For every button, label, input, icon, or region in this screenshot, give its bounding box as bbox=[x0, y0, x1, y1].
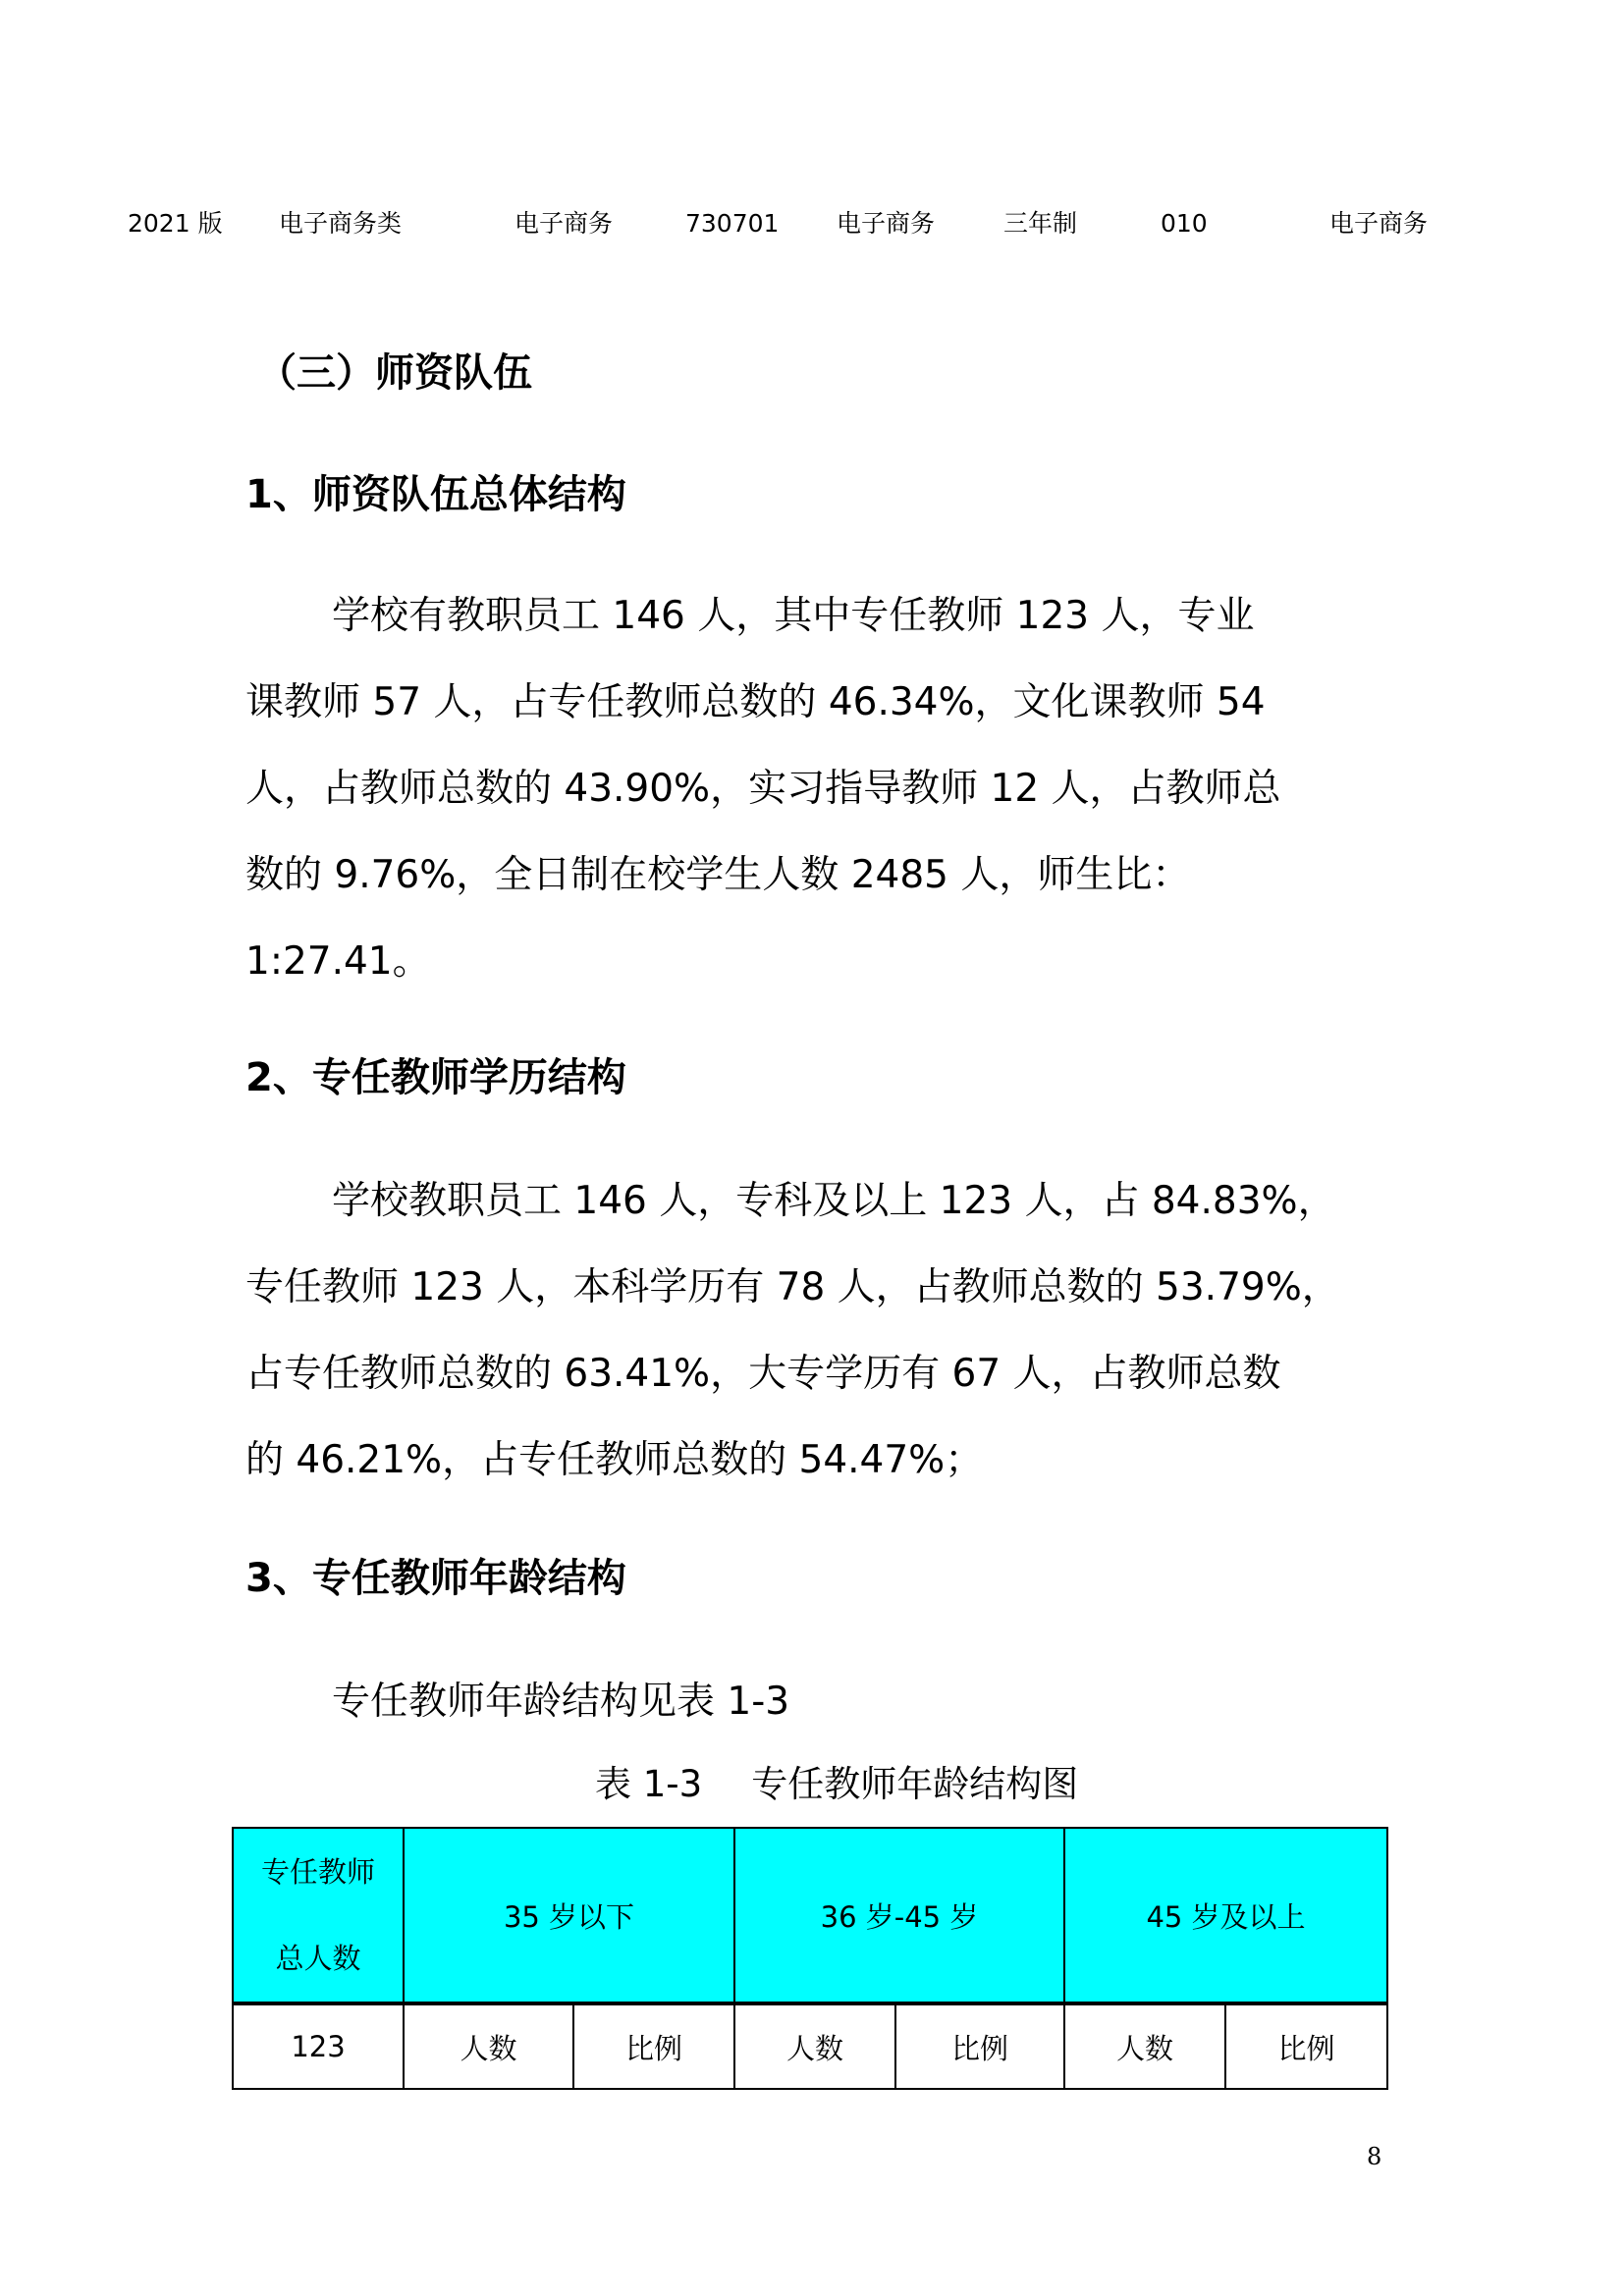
subsection-title-age: 3、专任教师年龄结构 bbox=[245, 1551, 626, 1606]
cell-ratio: 比例 bbox=[895, 2003, 1064, 2089]
header-version: 2021 版 bbox=[128, 206, 223, 241]
header-number: 010 bbox=[1161, 206, 1208, 241]
paragraph-line: 人，占教师总数的 43.90%，实习指导教师 12 人，占教师总 bbox=[245, 746, 1390, 832]
header-total-line2: 总人数 bbox=[234, 1915, 403, 2002]
table-row: 123 人数 比例 人数 比例 人数 比例 bbox=[233, 2003, 1387, 2089]
age-structure-table: 专任教师 总人数 35 岁以下 36 岁-45 岁 45 岁及以上 123 人数… bbox=[232, 1827, 1388, 2090]
header-major: 电子商务 bbox=[514, 206, 613, 241]
paragraph-overall-structure: 学校有教职员工 146 人，其中专任教师 123 人，专业 课教师 57 人，占… bbox=[245, 573, 1390, 1005]
cell-ratio: 比例 bbox=[573, 2003, 734, 2089]
header-total-line1: 专任教师 bbox=[234, 1829, 403, 1915]
header-field: 电子商务 bbox=[1329, 206, 1428, 241]
header-cell-45-plus: 45 岁及以上 bbox=[1064, 1828, 1387, 2003]
document-header-row: 2021 版 电子商务类 电子商务 730701 电子商务 三年制 010 电子… bbox=[0, 206, 1624, 241]
paragraph-line: 1:27.41。 bbox=[245, 919, 1390, 1005]
paragraph-line: 课教师 57 人，占专任教师总数的 46.34%，文化课教师 54 bbox=[245, 660, 1390, 746]
paragraph-age-structure: 专任教师年龄结构见表 1-3 bbox=[245, 1659, 1390, 1745]
paragraph-line: 数的 9.76%，全日制在校学生人数 2485 人，师生比： bbox=[245, 832, 1390, 919]
header-cell-under-35: 35 岁以下 bbox=[404, 1828, 734, 2003]
paragraph-education-structure: 学校教职员工 146 人，专科及以上 123 人，占 84.83%， 专任教师 … bbox=[245, 1158, 1390, 1504]
cell-count: 人数 bbox=[1064, 2003, 1225, 2089]
paragraph-line: 占专任教师总数的 63.41%，大专学历有 67 人，占教师总数 bbox=[245, 1331, 1390, 1417]
header-duration: 三年制 bbox=[1003, 206, 1077, 241]
paragraph-line: 专任教师 123 人，本科学历有 78 人，占教师总数的 53.79%， bbox=[245, 1245, 1390, 1331]
paragraph-line: 学校有教职员工 146 人，其中专任教师 123 人，专业 bbox=[245, 573, 1390, 660]
table-caption-number: 表 1-3 bbox=[595, 1763, 702, 1805]
paragraph-line: 的 46.21%，占专任教师总数的 54.47%； bbox=[245, 1417, 1390, 1504]
subsection-title-education: 2、专任教师学历结构 bbox=[245, 1050, 626, 1105]
header-code: 730701 bbox=[685, 206, 779, 241]
cell-total: 123 bbox=[233, 2003, 404, 2089]
cell-count: 人数 bbox=[404, 2003, 573, 2089]
table-caption: 表 1-3专任教师年龄结构图 bbox=[595, 1759, 1078, 1810]
header-cell-total: 专任教师 总人数 bbox=[233, 1828, 404, 2003]
subsection-title-overall: 1、师资队伍总体结构 bbox=[245, 467, 626, 522]
section-title: （三）师资队伍 bbox=[257, 346, 532, 400]
cell-ratio: 比例 bbox=[1225, 2003, 1387, 2089]
header-cell-36-45: 36 岁-45 岁 bbox=[734, 1828, 1064, 2003]
table-header-row: 专任教师 总人数 35 岁以下 36 岁-45 岁 45 岁及以上 bbox=[233, 1828, 1387, 2003]
header-direction: 电子商务 bbox=[837, 206, 935, 241]
header-category: 电子商务类 bbox=[279, 206, 402, 241]
cell-count: 人数 bbox=[734, 2003, 895, 2089]
paragraph-line: 专任教师年龄结构见表 1-3 bbox=[245, 1659, 1390, 1745]
paragraph-line: 学校教职员工 146 人，专科及以上 123 人，占 84.83%， bbox=[245, 1158, 1390, 1245]
page-number: 8 bbox=[1367, 2143, 1381, 2170]
table-caption-title: 专任教师年龄结构图 bbox=[751, 1763, 1078, 1805]
